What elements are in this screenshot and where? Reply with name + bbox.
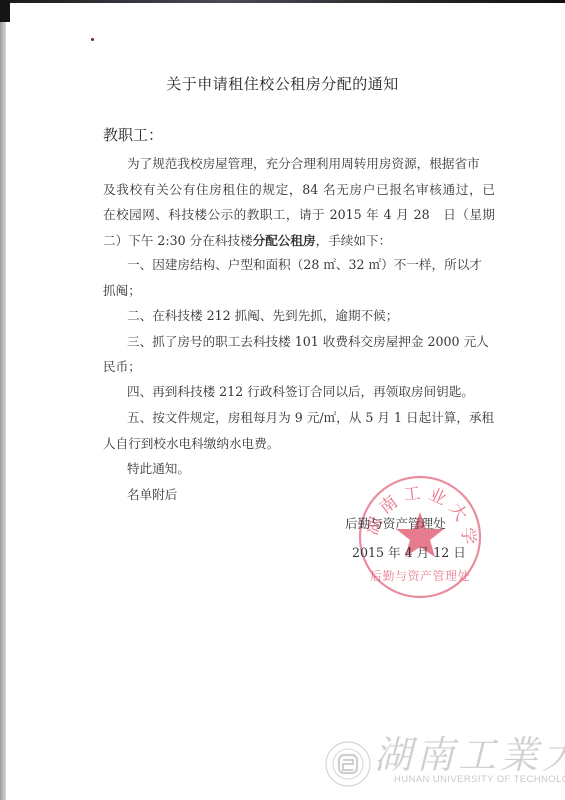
paragraph-line: 为了规范我校房屋管理，充分合理利用周转用房资源，根据省市	[127, 153, 480, 172]
scan-speck	[91, 38, 94, 41]
document-title: 关于申请租住校公租房分配的通知	[0, 73, 565, 94]
paragraph-line: 在校园网、科技楼公示的教职工，请于 2015 年 4 月 28 日（星期	[103, 204, 495, 223]
attachment-note: 名单附后	[127, 484, 177, 503]
official-seal-stamp: 湖南工业大学 后勤与资产管理处	[355, 472, 485, 602]
list-item-5-line: 人自行到校水电科缴纳水电费。	[103, 433, 279, 452]
scanned-document-page: 关于申请租住校公租房分配的通知 教职工： 为了规范我校房屋管理，充分合理利用周转…	[0, 0, 565, 800]
paragraph-text: ，手续如下：	[316, 233, 392, 248]
salutation: 教职工：	[103, 124, 163, 145]
paragraph-bold-text: 分配公租房	[253, 233, 316, 248]
list-item-3-line: 民币；	[103, 356, 141, 375]
scan-edge-top	[0, 0, 565, 3]
paragraph-line: 及我校有关公有住房租住的规定，84 名无房户已报名审核通过，已	[103, 179, 495, 198]
list-item-4-line: 四、再到科技楼 212 行政科签订合同以后，再领取房间钥匙。	[127, 381, 474, 400]
university-watermark: 湖南工業大學 HUNAN UNIVERSITY OF TECHNOLOGY	[312, 722, 562, 797]
list-item-5-line: 五、按文件规定，房租每月为 9 元/㎡，从 5 月 1 日起计算，承租	[127, 407, 494, 426]
university-logo-icon	[324, 740, 372, 788]
watermark-university-name-cn: 湖南工業大學	[374, 724, 565, 779]
list-item-3-line: 三、抓了房号的职工去科技楼 101 收费科交房屋押金 2000 元人	[127, 331, 489, 350]
scan-edge-left	[0, 0, 6, 800]
list-item-1-line: 抓阄；	[103, 280, 141, 299]
closing-text: 特此通知。	[127, 458, 190, 477]
list-item-2-line: 二、在科技楼 212 抓阄、先到先抓，逾期不候；	[127, 305, 398, 324]
paragraph-text: 二）下午 2:30 分在科技楼	[103, 233, 253, 248]
paragraph-line-last: 二）下午 2:30 分在科技楼分配公租房，手续如下：	[103, 230, 391, 249]
svg-text:后勤与资产管理处: 后勤与资产管理处	[370, 568, 470, 583]
list-item-1-line: 一、因建房结构、户型和面积（28 ㎡、32 ㎡）不一样，所以才	[127, 254, 482, 273]
watermark-university-name-en: HUNAN UNIVERSITY OF TECHNOLOGY	[394, 774, 565, 785]
signature-department: 后勤与资产管理处	[345, 513, 446, 532]
signature-date: 2015 年 4 月 12 日	[352, 542, 466, 561]
scan-corner-shadow	[0, 0, 10, 22]
